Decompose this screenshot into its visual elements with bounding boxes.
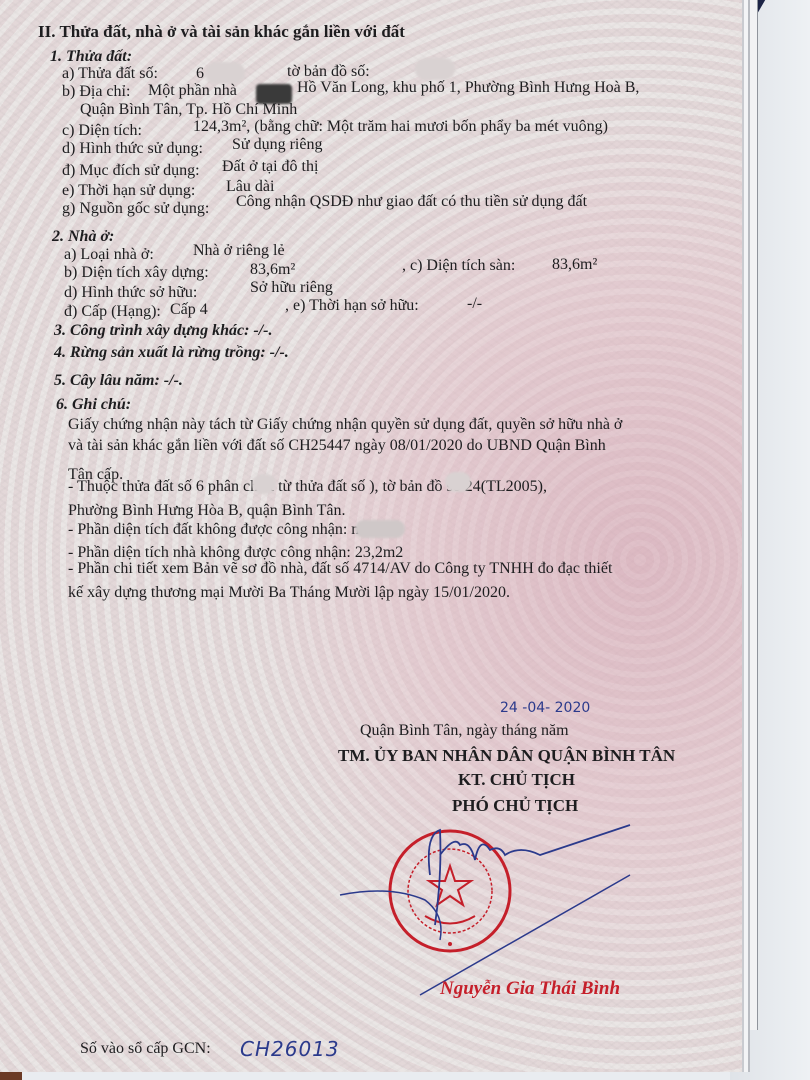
page-stack-edge (742, 0, 758, 1030)
address-value-part1: Một phần nhà (148, 82, 237, 100)
section-prefix: II. (38, 22, 55, 41)
registry-number: CH26013 (240, 1037, 340, 1061)
redaction-mark (355, 520, 405, 538)
parcel-value: 6 (196, 65, 204, 83)
purpose-value: Đất ở tại đô thị (222, 158, 318, 176)
land-heading: 1. Thửa đất: (50, 48, 132, 66)
authority-line: PHÓ CHỦ TỊCH (452, 796, 578, 816)
purpose-label: đ) Mục đích sử dụng: (62, 162, 200, 180)
note-line: - Phần chi tiết xem Bản vẽ sơ đồ nhà, đấ… (68, 560, 612, 578)
use-form-value: Sử dụng riêng (232, 136, 322, 154)
address-label: b) Địa chỉ: (62, 83, 130, 101)
parcel-label: a) Thửa đất số: (62, 65, 158, 83)
use-form-label: d) Hình thức sử dụng: (62, 140, 203, 158)
floor-area-label: , c) Diện tích sàn: (402, 257, 515, 275)
certificate-page: II. Thửa đất, nhà ở và tài sản khác gắn … (0, 0, 742, 1072)
registry-label: Số vào sổ cấp GCN: (80, 1040, 211, 1058)
build-area-value: 83,6m² (250, 261, 295, 279)
perennial-trees: 5. Cây lâu năm: -/-. (54, 372, 183, 390)
redaction-mark (252, 474, 276, 494)
grade-label: đ) Cấp (Hạng): (64, 303, 161, 321)
ownership-label: d) Hình thức sở hữu: (64, 284, 197, 302)
area-value: 124,3m², (bằng chữ: Một trăm hai mươi bố… (193, 118, 608, 136)
redaction-mark (415, 58, 455, 80)
note-line: và tài sản khác gắn liền với đất số CH25… (68, 437, 606, 455)
redaction-mark (445, 472, 471, 492)
own-term-label: , e) Thời hạn sở hữu: (285, 297, 419, 315)
note-line: kế xây dựng thương mại Mười Ba Tháng Mườ… (68, 584, 510, 602)
house-type-label: a) Loại nhà ở: (64, 246, 154, 264)
address-value-line2: Quận Bình Tân, Tp. Hồ Chí Minh (80, 101, 297, 119)
own-term-value: -/- (467, 295, 482, 313)
note-line: Giấy chứng nhận này tách từ Giấy chứng n… (68, 416, 622, 434)
area-label: c) Diện tích: (62, 122, 142, 140)
house-heading: 2. Nhà ở: (52, 228, 114, 246)
authority-line: TM. ỦY BAN NHÂN DÂN QUẬN BÌNH TÂN (338, 746, 675, 766)
place-date: Quận Bình Tân, ngày tháng năm (360, 722, 569, 740)
floor-area-value: 83,6m² (552, 256, 597, 274)
origin-value: Công nhận QSDĐ như giao đất có thu tiền … (236, 193, 587, 211)
section-title-text: Thửa đất, nhà ở và tài sản khác gắn liền… (59, 22, 405, 41)
origin-label: g) Nguồn gốc sử dụng: (62, 200, 209, 218)
note-line: - Phần diện tích đất không được công nhậ… (68, 521, 372, 539)
signer-name: Nguyễn Gia Thái Bình (440, 978, 620, 1000)
other-works: 3. Công trình xây dựng khác: -/-. (54, 322, 273, 340)
term-label: e) Thời hạn sử dụng: (62, 182, 195, 200)
redaction-mark (205, 62, 245, 84)
note-line: Phường Bình Hưng Hòa B, quận Bình Tân. (68, 502, 346, 520)
address-value-part2: Hồ Văn Long, khu phố 1, Phường Bình Hưng… (297, 79, 639, 97)
build-area-label: b) Diện tích xây dựng: (64, 264, 209, 282)
ownership-value: Sở hữu riêng (250, 279, 333, 297)
house-type-value: Nhà ở riêng lẻ (193, 242, 285, 260)
note-line: - Thuộc thửa đất số 6 phân chiết từ thửa… (68, 478, 547, 496)
section-title: II. Thửa đất, nhà ở và tài sản khác gắn … (38, 22, 405, 42)
authority-line: KT. CHỦ TỊCH (458, 770, 575, 790)
grade-value: Cấp 4 (170, 301, 208, 319)
forest: 4. Rừng sản xuất là rừng trồng: -/-. (54, 344, 289, 362)
notes-heading: 6. Ghi chú: (56, 396, 131, 414)
stamped-date: 24 -04- 2020 (500, 700, 590, 716)
